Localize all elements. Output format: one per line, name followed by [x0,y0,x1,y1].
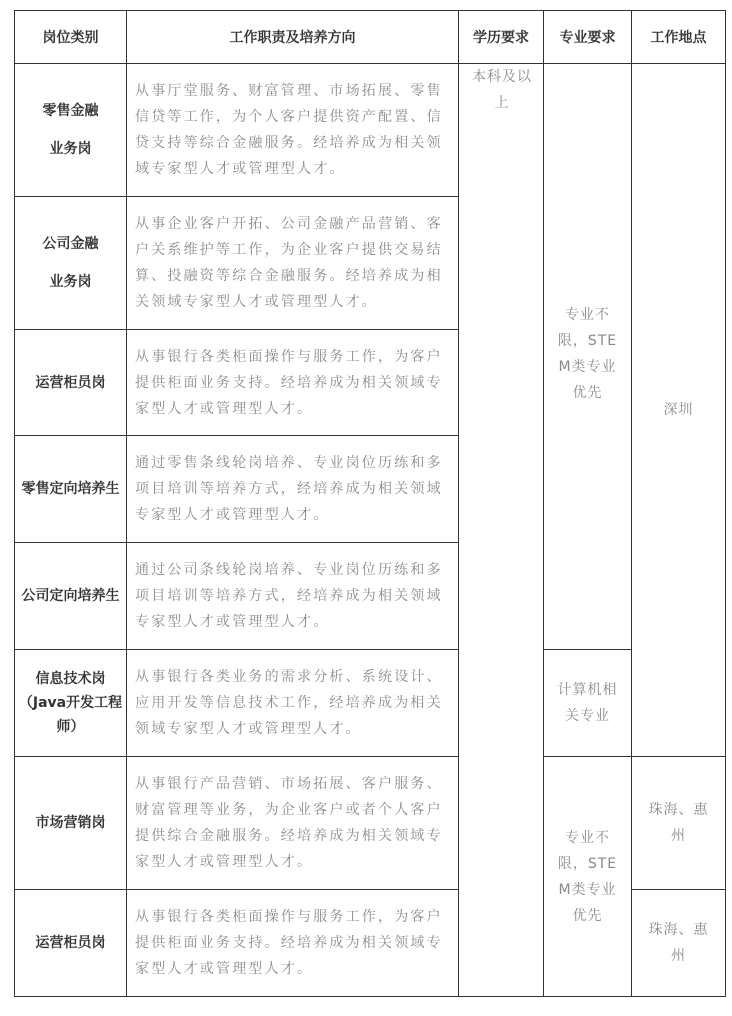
header-location: 工作地点 [632,11,726,64]
location-text: 珠海、惠州 [648,917,710,969]
position-category: 零售定向培养生 [15,436,127,543]
category-line: 业务岗 [15,263,126,301]
position-category: 运营柜员岗 [15,330,127,436]
header-duties: 工作职责及培养方向 [127,11,459,64]
position-category: 公司金融 业务岗 [15,197,127,330]
position-description: 通过公司条线轮岗培养、专业岗位历练和多项目培训等培养方式，经培养成为相关领域专家… [127,543,459,650]
major-text: 专业不限，STEM类专业优先 [557,302,619,406]
position-category: 公司定向培养生 [15,543,127,650]
position-description: 从事银行各类柜面操作与服务工作，为客户提供柜面业务支持。经培养成为相关领域专家型… [127,330,459,436]
position-category: 市场营销岗 [15,757,127,890]
position-category: 信息技术岗（Java开发工程师） [15,650,127,757]
education-requirement: 本科及以上 [459,64,544,997]
major-text: 计算机相关专业 [557,677,619,729]
location-text: 珠海、惠州 [648,797,710,849]
position-description: 从事企业客户开拓、公司金融产品营销、客户关系维护等工作，为企业客户提供交易结算、… [127,197,459,330]
work-location: 深圳 [632,64,726,757]
position-description: 通过零售条线轮岗培养、专业岗位历练和多项目培训等培养方式，经培养成为相关领域专家… [127,436,459,543]
work-location: 珠海、惠州 [632,890,726,997]
major-requirement: 专业不限，STEM类专业优先 [544,757,632,997]
header-education: 学历要求 [459,11,544,64]
table-header-row: 岗位类别 工作职责及培养方向 学历要求 专业要求 工作地点 [15,11,726,64]
category-line: 公司金融 [15,225,126,263]
position-description: 从事银行各类业务的需求分析、系统设计、应用开发等信息技术工作，经培养成为相关领域… [127,650,459,757]
header-major: 专业要求 [544,11,632,64]
category-line: 业务岗 [15,130,126,168]
education-text: 本科及以上 [471,64,533,116]
position-category: 运营柜员岗 [15,890,127,997]
position-description: 从事银行产品营销、市场拓展、客户服务、财富管理等业务，为企业客户或者个人客户提供… [127,757,459,890]
category-line: 零售金融 [15,92,126,130]
table-row: 信息技术岗（Java开发工程师） 从事银行各类业务的需求分析、系统设计、应用开发… [15,650,726,757]
major-text: 专业不限，STEM类专业优先 [557,825,619,929]
table-row: 市场营销岗 从事银行产品营销、市场拓展、客户服务、财富管理等业务，为企业客户或者… [15,757,726,890]
header-position-category: 岗位类别 [15,11,127,64]
major-requirement: 专业不限，STEM类专业优先 [544,64,632,650]
table-row: 零售金融 业务岗 从事厅堂服务、财富管理、市场拓展、零售信贷等工作，为个人客户提… [15,64,726,197]
position-category: 零售金融 业务岗 [15,64,127,197]
location-text: 深圳 [648,397,710,423]
job-positions-table: 岗位类别 工作职责及培养方向 学历要求 专业要求 工作地点 零售金融 业务岗 从… [14,10,726,997]
position-description: 从事银行各类柜面操作与服务工作，为客户提供柜面业务支持。经培养成为相关领域专家型… [127,890,459,997]
work-location: 珠海、惠州 [632,757,726,890]
major-requirement: 计算机相关专业 [544,650,632,757]
position-description: 从事厅堂服务、财富管理、市场拓展、零售信贷等工作，为个人客户提供资产配置、信贷支… [127,64,459,197]
